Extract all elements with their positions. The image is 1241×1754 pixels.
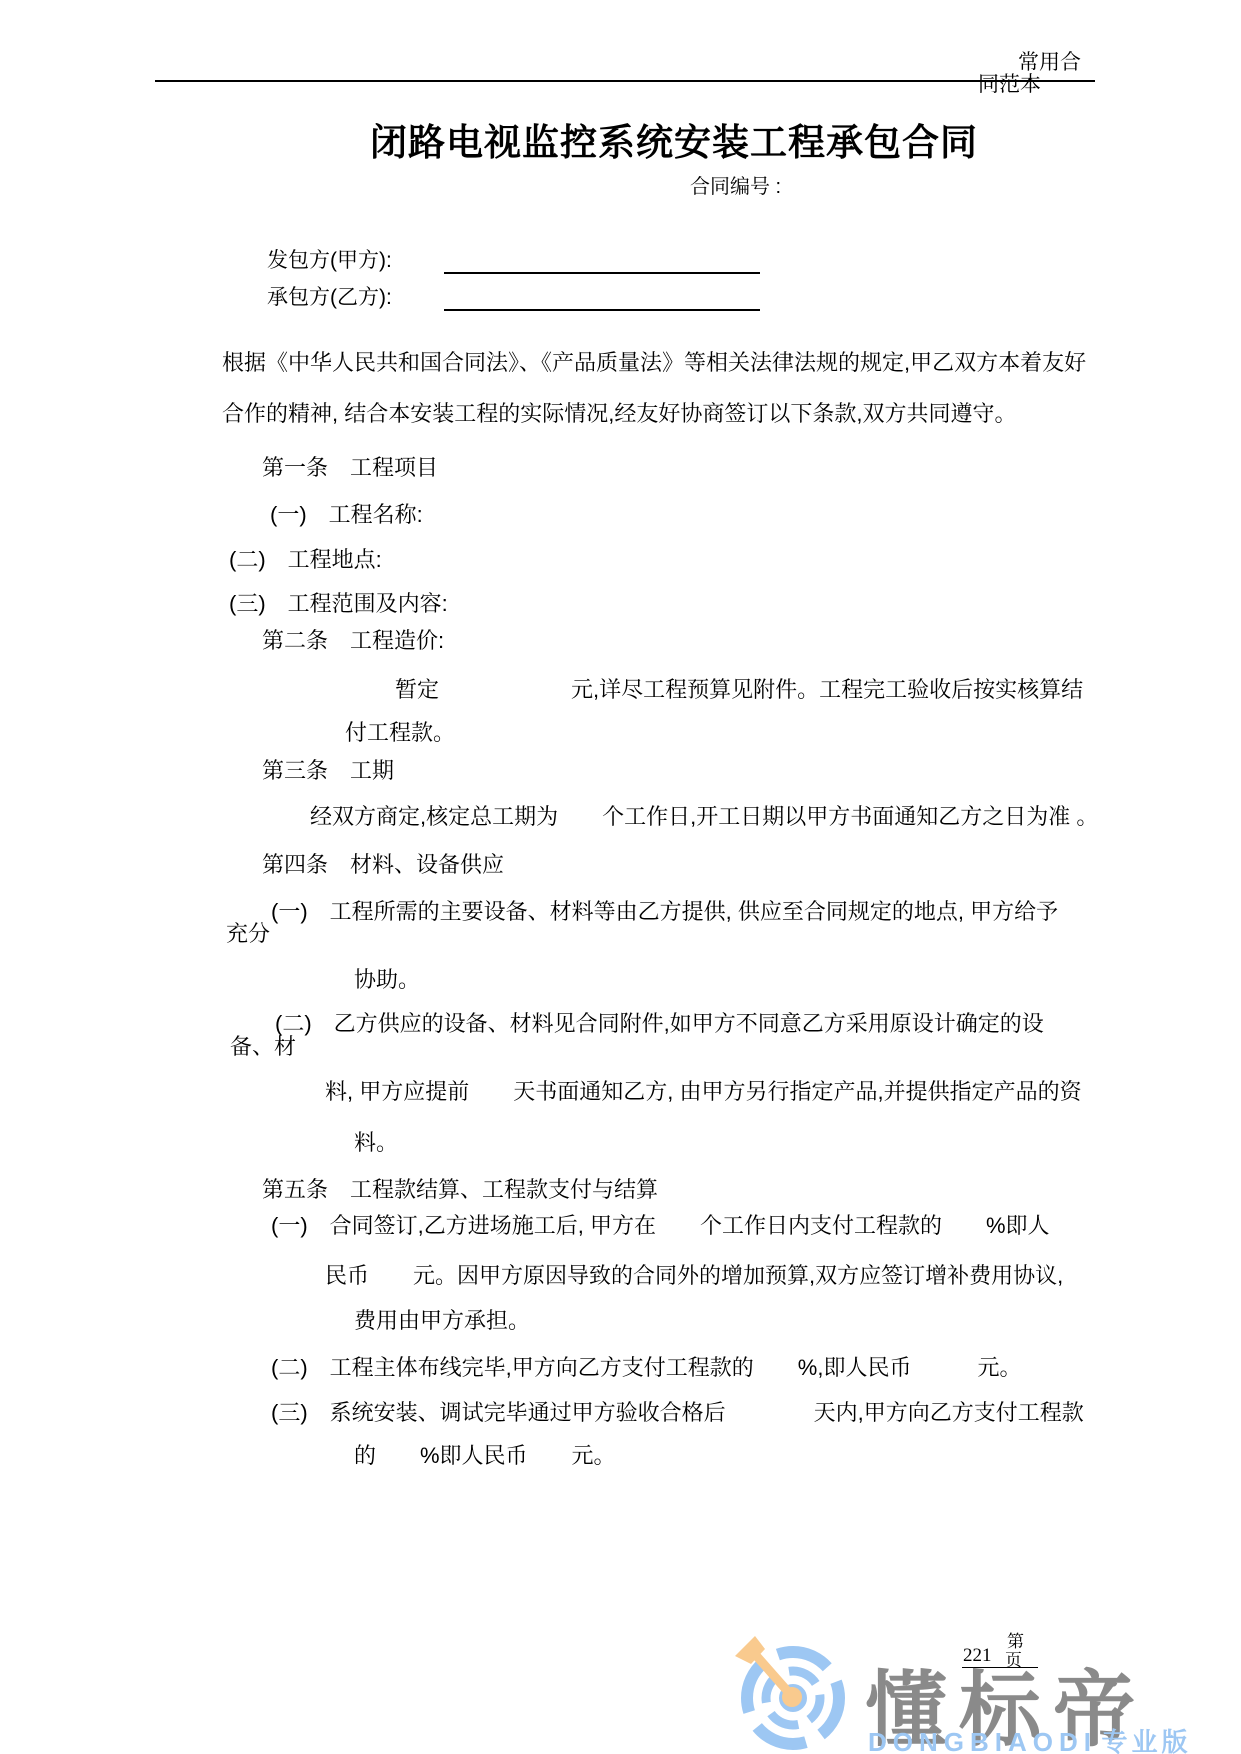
watermark-brand-en: DONGBIAODI — [868, 1727, 1097, 1754]
body-line: 暂定 元,详尽工程预算见附件。工程完工验收后按实核算结 — [395, 677, 1083, 703]
body-line: 协助。 — [354, 967, 420, 993]
body-line: 费用由甲方承担。 — [354, 1308, 530, 1334]
body-line: 经双方商定,核定总工期为 个工作日,开工日期以甲方书面通知乙方之日为准 。 — [310, 804, 1098, 830]
party-a-blank-line — [444, 272, 760, 274]
clause-heading-3: 第三条 工期 — [262, 758, 394, 784]
body-line: 料, 甲方应提前 天书面通知乙方, 由甲方另行指定产品,并提供指定产品的资 — [325, 1079, 1082, 1105]
clause-heading-1: 第一条 工程项目 — [262, 455, 438, 481]
clause-heading-2: 第二条 工程造价: — [262, 628, 444, 654]
body-line: (一) 工程名称: — [270, 502, 423, 528]
body-line: 的 %即人民币 元。 — [354, 1443, 616, 1469]
body-line: (一) 合同签订,乙方进场施工后, 甲方在 个工作日内支付工程款的 %即人 — [271, 1213, 1050, 1239]
body-line: (一) 工程所需的主要设备、材料等由乙方提供, 供应至合同规定的地点, 甲方给予 — [271, 899, 1058, 925]
body-line: 充分 — [226, 921, 270, 947]
body-line: (二) 乙方供应的设备、材料见合同附件,如甲方不同意乙方采用原设计确定的设 — [275, 1011, 1044, 1037]
body-line: 付工程款。 — [345, 720, 455, 746]
body-line: 民币 元。因甲方原因导致的合同外的增加预算,双方应签订增补费用协议, — [325, 1263, 1063, 1289]
body-line: (三) 系统安装、调试完毕通过甲方验收合格后 天内,甲方向乙方支付工程款 — [271, 1400, 1084, 1426]
corner-tag-line2: 同范本 — [978, 68, 1041, 98]
watermark-edition: 专业版 — [1101, 1727, 1191, 1754]
body-line: (三) 工程范围及内容: — [229, 591, 448, 617]
contract-number-label: 合同编号 : — [690, 170, 781, 199]
body-line: (二) 工程主体布线完毕,甲方向乙方支付工程款的 %,即人民币 元。 — [271, 1355, 1021, 1381]
watermark-target-icon — [733, 1634, 847, 1754]
clause-heading-4: 第四条 材料、设备供应 — [262, 852, 504, 878]
body-line: 根据《中华人民共和国合同法》、《产品质量法》等相关法律法规的规定,甲乙双方本着友… — [222, 350, 1086, 376]
body-line: 备、材 — [230, 1034, 296, 1060]
party-b-blank-line — [444, 309, 760, 311]
body-line: 料。 — [354, 1130, 398, 1156]
body-line: (二) 工程地点: — [229, 547, 382, 573]
clause-heading-5: 第五条 工程款结算、工程款支付与结算 — [262, 1177, 658, 1203]
page-title: 闭路电视监控系统安装工程承包合同 — [370, 112, 978, 166]
party-b-label: 承包方(乙方): — [267, 281, 392, 311]
party-a-label: 发包方(甲方): — [267, 244, 392, 274]
header-rule — [155, 80, 1095, 82]
contract-page: 常用合 同范本 闭路电视监控系统安装工程承包合同 合同编号 : 发包方(甲方):… — [0, 0, 1241, 1754]
watermark-brand-row: DONGBIAODI 专业版 — [868, 1722, 1191, 1754]
body-line: 合作的精神, 结合本安装工程的实际情况,经友好协商签订以下条款,双方共同遵守。 — [222, 401, 1016, 427]
